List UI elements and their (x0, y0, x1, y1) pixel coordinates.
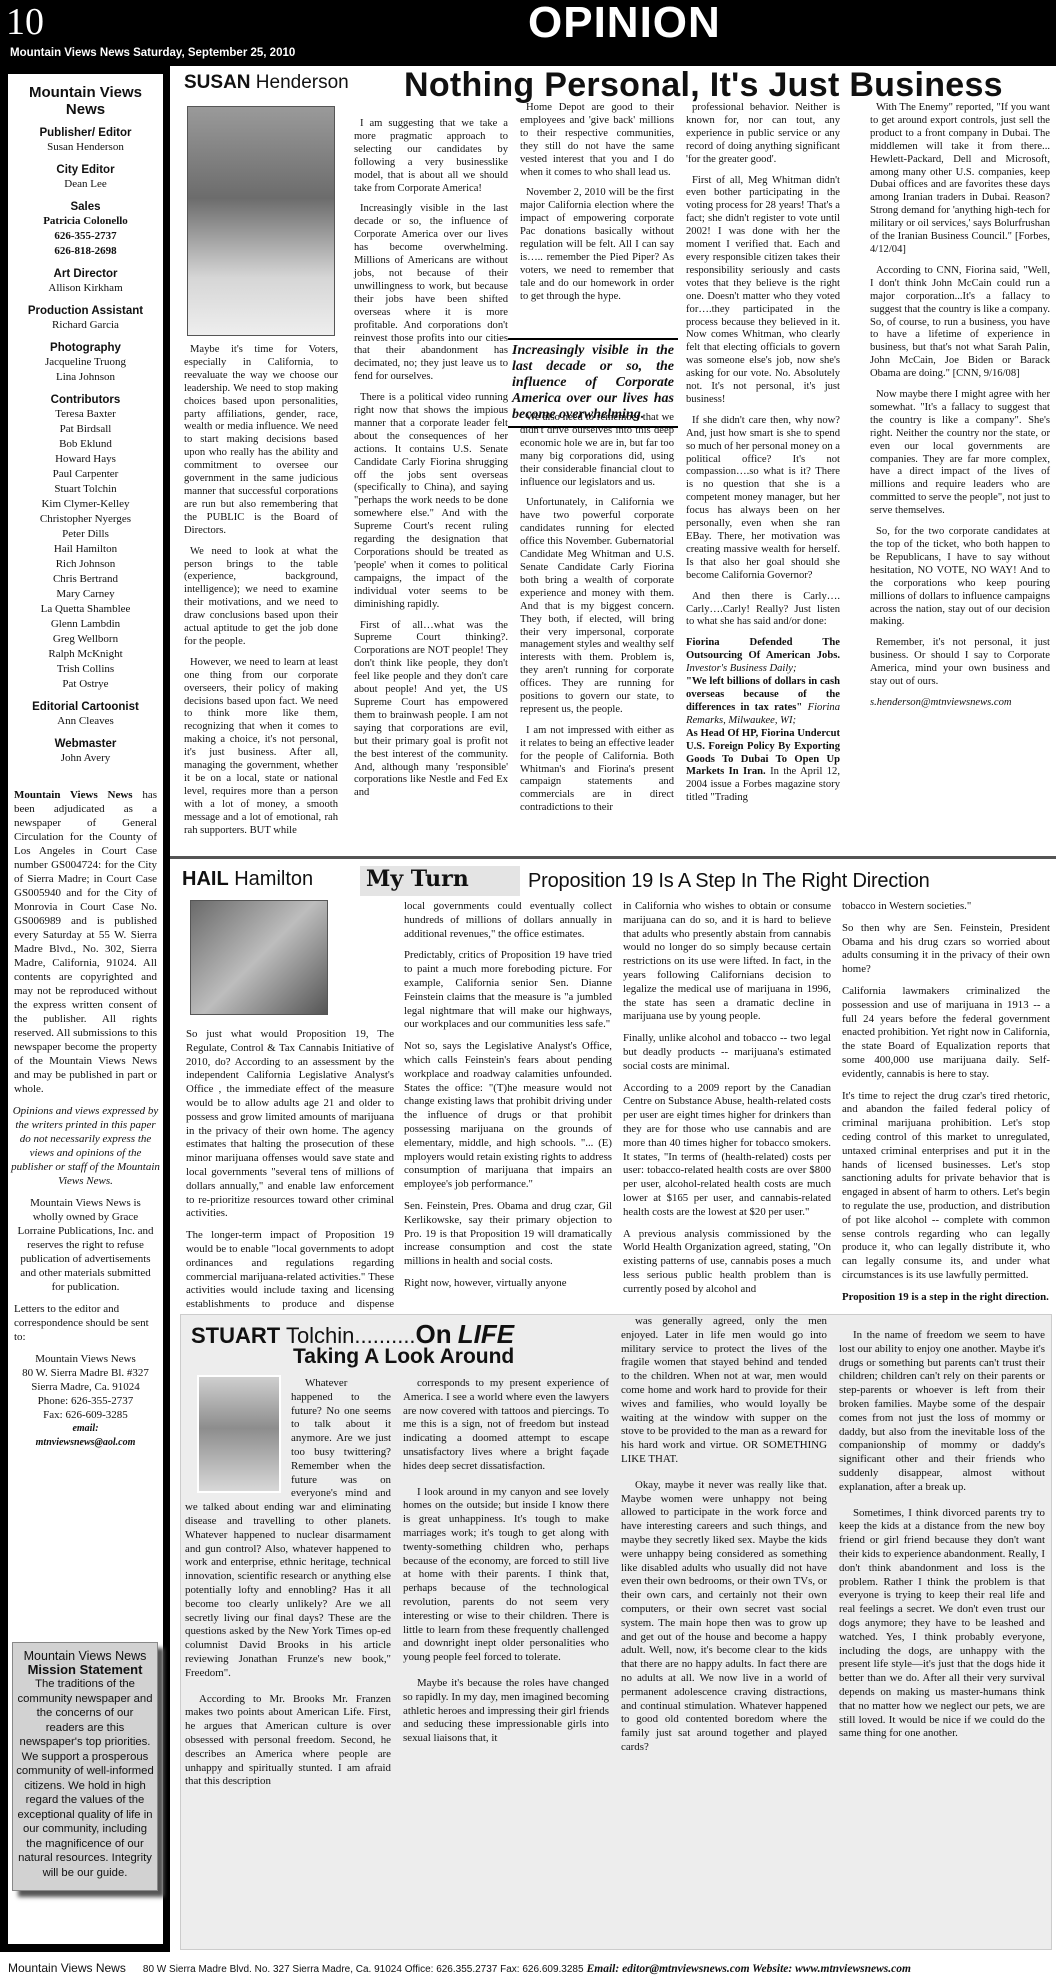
paragraph: We also need to remember that we didn't … (520, 412, 674, 489)
fiorina-quotes: Fiorina Defended The Outsourcing Of Amer… (686, 637, 840, 805)
staff-role: Art Director (8, 267, 163, 281)
article-column-2: local governments could eventually colle… (404, 900, 612, 1299)
paragraph: Sen. Feinstein, Pres. Obama and drug cza… (404, 1200, 612, 1269)
article-column-3: Home Depot are good to their employees a… (520, 102, 674, 312)
article-column-3b: We also need to remember that we didn't … (520, 412, 674, 823)
staff-name: Pat Ostrye (8, 677, 163, 692)
article-column-4: professional behavior. Neither is known … (686, 102, 840, 805)
staff-name: Bob Eklund (8, 437, 163, 452)
sidebar-title: Mountain Views News (8, 84, 163, 118)
author-photo (187, 106, 335, 336)
legal-text: has been adjudicated as a newspaper of G… (14, 789, 157, 1095)
staff-name: Kim Clymer-Kelley (8, 497, 163, 512)
staff-list: Publisher/ EditorSusan HendersonCity Edi… (8, 126, 163, 766)
headline: Nothing Personal, It's Just Business (404, 66, 1003, 105)
staff-name: 626-818-2698 (8, 244, 163, 259)
staff-role: Sales (8, 200, 163, 214)
staff-name: Pat Birdsall (8, 422, 163, 437)
section-title: OPINION (528, 0, 721, 46)
staff-name: Paul Carpenter (8, 467, 163, 482)
staff-box: Mountain Views News Publisher/ EditorSus… (8, 74, 163, 1944)
staff-name: Rich Johnson (8, 557, 163, 572)
paragraph: If she didn't care then, why now? And, j… (686, 415, 840, 583)
staff-name: Ann Cleaves (8, 714, 163, 729)
headline: Taking A Look Around (293, 1345, 514, 1369)
staff-name: Christopher Nyerges (8, 512, 163, 527)
staff-name: John Avery (8, 751, 163, 766)
headline: Proposition 19 Is A Step In The Right Di… (528, 870, 930, 893)
paragraph: I am not impressed with either as it rel… (520, 725, 674, 815)
article-hamilton: HAIL Hamilton My Turn Proposition 19 Is … (182, 862, 1056, 1310)
paragraph: was generally agreed, only the men enjoy… (621, 1315, 827, 1467)
paragraph: I look around in my canyon and see lovel… (403, 1486, 609, 1665)
paragraph: Maybe it's time for Voters, especially i… (184, 344, 338, 538)
staff-name: La Quetta Shamblee (8, 602, 163, 617)
paragraph: With The Enemy" reported, "If you want t… (870, 102, 1050, 257)
paragraph: According to a 2009 report by the Canadi… (623, 1082, 831, 1220)
paragraph: In the name of freedom we seem to have l… (839, 1329, 1045, 1495)
paragraph: California lawmakers criminalized the po… (842, 985, 1050, 1082)
staff-role: Contributors (8, 393, 163, 407)
paragraph: Home Depot are good to their employees a… (520, 102, 674, 179)
staff-name: Teresa Baxter (8, 407, 163, 422)
paragraph: So then why are Sen. Feinstein, Presiden… (842, 922, 1050, 977)
paragraph: Remember, it's not personal, it just bus… (870, 637, 1050, 689)
staff-role: Publisher/ Editor (8, 126, 163, 140)
staff-name: Dean Lee (8, 177, 163, 192)
paragraph: Increasingly visible in the last decade … (354, 203, 508, 384)
column-name: My Turn (360, 866, 520, 896)
staff-name: Richard Garcia (8, 318, 163, 333)
dateline: Mountain Views News Saturday, September … (10, 47, 295, 59)
paragraph: in California who wishes to obtain or co… (623, 900, 831, 1024)
staff-name: Ralph McKnight (8, 647, 163, 662)
paragraph: And then there is Carly…. Carly….Carly! … (686, 591, 840, 630)
paragraph: However, we need to learn at least one t… (184, 657, 338, 838)
author-photo (190, 900, 328, 1015)
paragraph: We need to look at what the person bring… (184, 546, 338, 649)
staff-role: Editorial Cartoonist (8, 700, 163, 714)
sidebar-email-link[interactable]: mtnviewsnews@aol.com (14, 1436, 157, 1450)
staff-name: Mary Carney (8, 587, 163, 602)
legal-lead: Mountain Views News (14, 789, 133, 801)
article-column-1: Whatever happened to the future? No one … (185, 1377, 391, 1801)
paragraph: local governments could eventually colle… (404, 900, 612, 941)
section-divider (170, 856, 1056, 859)
ownership-notice: Mountain Views News is wholly owned by G… (8, 1196, 163, 1294)
staff-name: Allison Kirkham (8, 281, 163, 296)
legal-notice: Mountain Views News has been adjudicated… (8, 788, 163, 1096)
closing-line: Proposition 19 is a step in the right di… (842, 1291, 1049, 1303)
mailing-address: Mountain Views News 80 W. Sierra Madre B… (8, 1352, 163, 1450)
paragraph: Sometimes, I think divorced parents try … (839, 1507, 1045, 1742)
author-email[interactable]: s.henderson@mtnviewsnews.com (870, 697, 1050, 710)
paragraph: According to Mr. Brooks Mr. Franzen make… (185, 1693, 391, 1790)
staff-name: Peter Dills (8, 527, 163, 542)
paragraph: Finally, unlike alcohol and tobacco -- t… (623, 1032, 831, 1073)
paragraph: Now maybe there I might agree with her s… (870, 389, 1050, 518)
masthead: 10 OPINION Mountain Views News Saturday,… (0, 0, 1056, 66)
article-tolchin: STUART Tolchin..........On LIFE Taking A… (180, 1314, 1052, 1950)
paragraph: Right now, however, virtually anyone (404, 1277, 612, 1291)
article-column-4: tobacco in Western societies."So then wh… (842, 900, 1050, 1305)
paragraph: There is a political video running right… (354, 392, 508, 611)
byline: HAIL Hamilton (182, 868, 313, 891)
paragraph: Maybe it's because the roles have change… (403, 1677, 609, 1746)
paragraph: According to CNN, Fiorina said, "Well, I… (870, 265, 1050, 381)
paragraph: First of all, Meg Whitman didn't even bo… (686, 175, 840, 407)
staff-name: 626-355-2737 (8, 229, 163, 244)
paragraph: First of all…what was the Supreme Court … (354, 620, 508, 801)
paragraph: November 2, 2010 will be the first major… (520, 187, 674, 303)
article-column-2: I am suggesting that we take a more prag… (354, 118, 508, 808)
article-column-4: In the name of freedom we seem to have l… (839, 1329, 1045, 1753)
staff-name: Hail Hamilton (8, 542, 163, 557)
mission-statement: Mountain Views News Mission Statement Th… (12, 1642, 158, 1891)
paragraph: Okay, maybe it never was really like tha… (621, 1479, 827, 1755)
paragraph: Predictably, critics of Proposition 19 h… (404, 949, 612, 1032)
staff-name: Greg Wellborn (8, 632, 163, 647)
staff-sidebar: Mountain Views News Publisher/ EditorSus… (0, 66, 170, 1952)
staff-name: Stuart Tolchin (8, 482, 163, 497)
byline: SUSAN Henderson (184, 72, 349, 94)
paragraph: tobacco in Western societies." (842, 900, 1050, 914)
letters-notice: Letters to the editor and correspondence… (8, 1302, 163, 1344)
paragraph: I am suggesting that we take a more prag… (354, 118, 508, 195)
page-footer: Mountain Views News 80 W Sierra Madre Bl… (0, 1955, 1056, 1982)
paragraph: Not so, says the Legislative Analyst's O… (404, 1040, 612, 1192)
article-column-3: was generally agreed, only the men enjoy… (621, 1315, 827, 1767)
staff-name: Trish Collins (8, 662, 163, 677)
staff-name: Susan Henderson (8, 140, 163, 155)
staff-role: Production Assistant (8, 304, 163, 318)
paragraph: corresponds to my present experience of … (403, 1377, 609, 1474)
article-henderson: SUSAN Henderson Nothing Personal, It's J… (182, 66, 1056, 858)
paragraph: professional behavior. Neither is known … (686, 102, 840, 167)
paragraph: A previous analysis commissioned by the … (623, 1228, 831, 1297)
staff-role: Webmaster (8, 737, 163, 751)
staff-name: Chris Bertrand (8, 572, 163, 587)
article-column-5: With The Enemy" reported, "If you want t… (870, 102, 1050, 710)
paragraph: So just what would Proposition 19, The R… (186, 1028, 394, 1221)
article-column-3: in California who wishes to obtain or co… (623, 900, 831, 1305)
staff-name: Jacqueline Truong (8, 355, 163, 370)
staff-name: Howard Hays (8, 452, 163, 467)
staff-role: Photography (8, 341, 163, 355)
page-number: 10 (6, 0, 44, 44)
disclaimer: Opinions and views expressed by the writ… (8, 1104, 163, 1188)
staff-name: Patricia Colonello (8, 214, 163, 229)
staff-name: Glenn Lambdin (8, 617, 163, 632)
paragraph: Unfortunately, in California we have two… (520, 497, 674, 716)
article-column-1: Maybe it's time for Voters, especially i… (184, 344, 338, 846)
article-column-1: So just what would Proposition 19, The R… (186, 1028, 394, 1348)
footer-contact-link[interactable]: Email: editor@mtnviewsnews.com Website: … (587, 1963, 911, 1975)
staff-name: Lina Johnson (8, 370, 163, 385)
article-column-2: corresponds to my present experience of … (403, 1377, 609, 1758)
staff-role: City Editor (8, 163, 163, 177)
paragraph: So, for the two corporate candidates at … (870, 526, 1050, 629)
paragraph: It's time to reject the drug czar's tire… (842, 1090, 1050, 1283)
